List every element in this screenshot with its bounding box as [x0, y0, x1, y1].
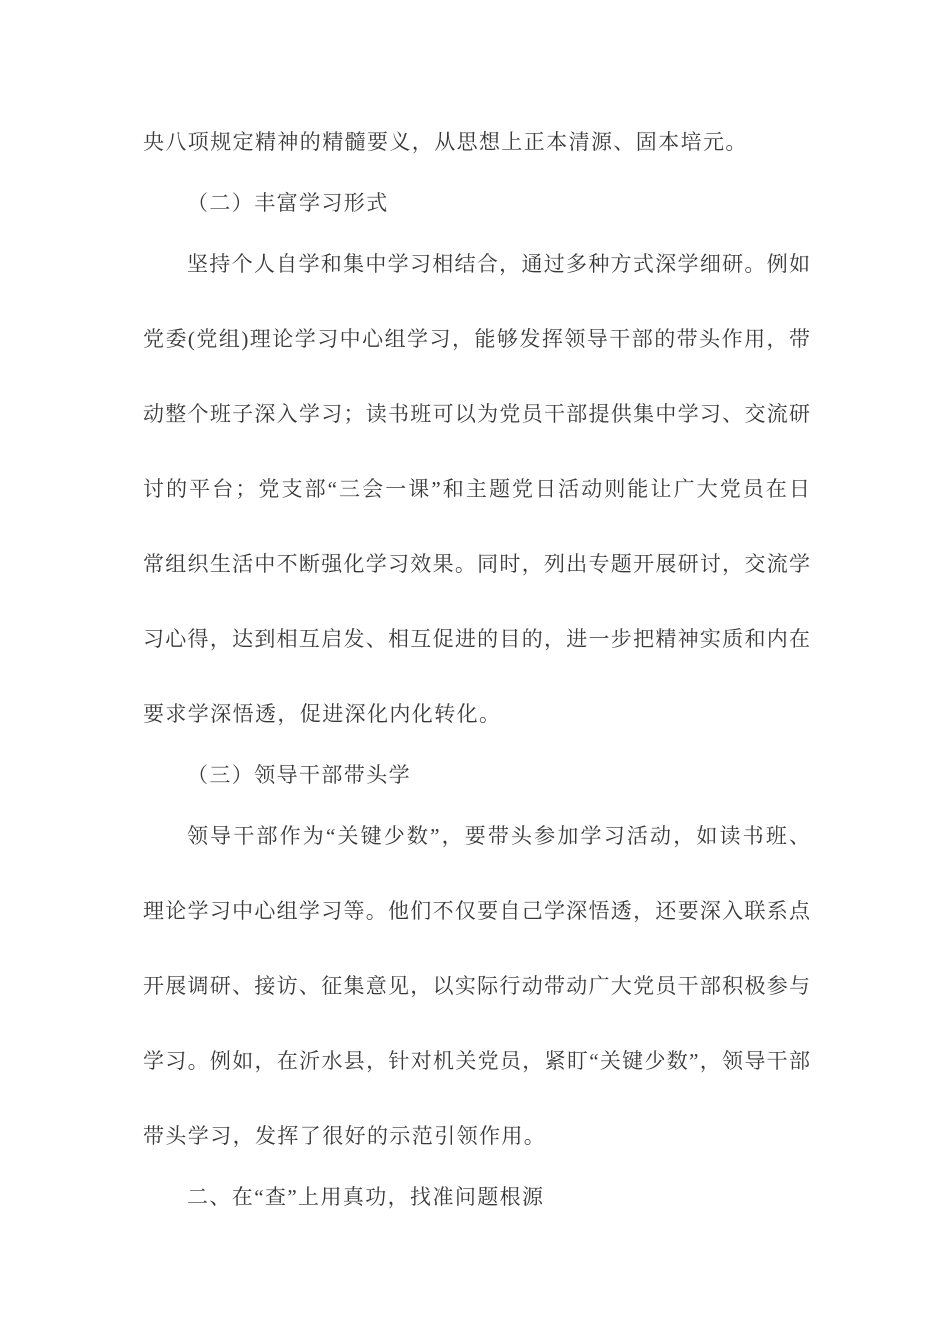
heading-line: 二、在“查”上用真功，找准问题根源 [143, 1160, 810, 1235]
text-line: 动整个班子深入学习；读书班可以为党员干部提供集中学习、交流研 [143, 377, 810, 452]
paragraph-leaders-lead-study: 领导干部作为“关键少数”，要带头参加学习活动，如读书班、 理论学习中心组学习等。… [143, 799, 810, 1174]
text-line: 常组织生活中不断强化学习效果。同时，列出专题开展研讨，交流学 [143, 527, 810, 602]
text-line: 讨的平台；党支部“三会一课”和主题党日活动则能让广大党员在日 [143, 452, 810, 527]
text-line: 领导干部作为“关键少数”，要带头参加学习活动，如读书班、 [143, 799, 810, 874]
part-2-heading: 二、在“查”上用真功，找准问题根源 [143, 1160, 810, 1235]
document-body: 央八项规定精神的精髓要义，从思想上正本清源、固本培元。 （二）丰富学习形式 坚持… [143, 105, 810, 1235]
text-line: 习心得，达到相互启发、相互促进的目的，进一步把精神实质和内在 [143, 602, 810, 677]
text-line: 学习。例如，在沂水县，针对机关党员，紧盯“关键少数”，领导干部 [143, 1024, 810, 1099]
document-page: 央八项规定精神的精髓要义，从思想上正本清源、固本培元。 （二）丰富学习形式 坚持… [0, 0, 950, 1344]
text-line: 理论学习中心组学习等。他们不仅要自己学深悟透，还要深入联系点 [143, 874, 810, 949]
text-line: 开展调研、接访、征集意见，以实际行动带动广大党员干部积极参与 [143, 949, 810, 1024]
text-line: 党委(党组)理论学习中心组学习，能够发挥领导干部的带头作用，带 [143, 302, 810, 377]
paragraph-study-forms: 坚持个人自学和集中学习相结合，通过多种方式深学细研。例如 党委(党组)理论学习中… [143, 227, 810, 752]
text-line: 坚持个人自学和集中学习相结合，通过多种方式深学细研。例如 [143, 227, 810, 302]
